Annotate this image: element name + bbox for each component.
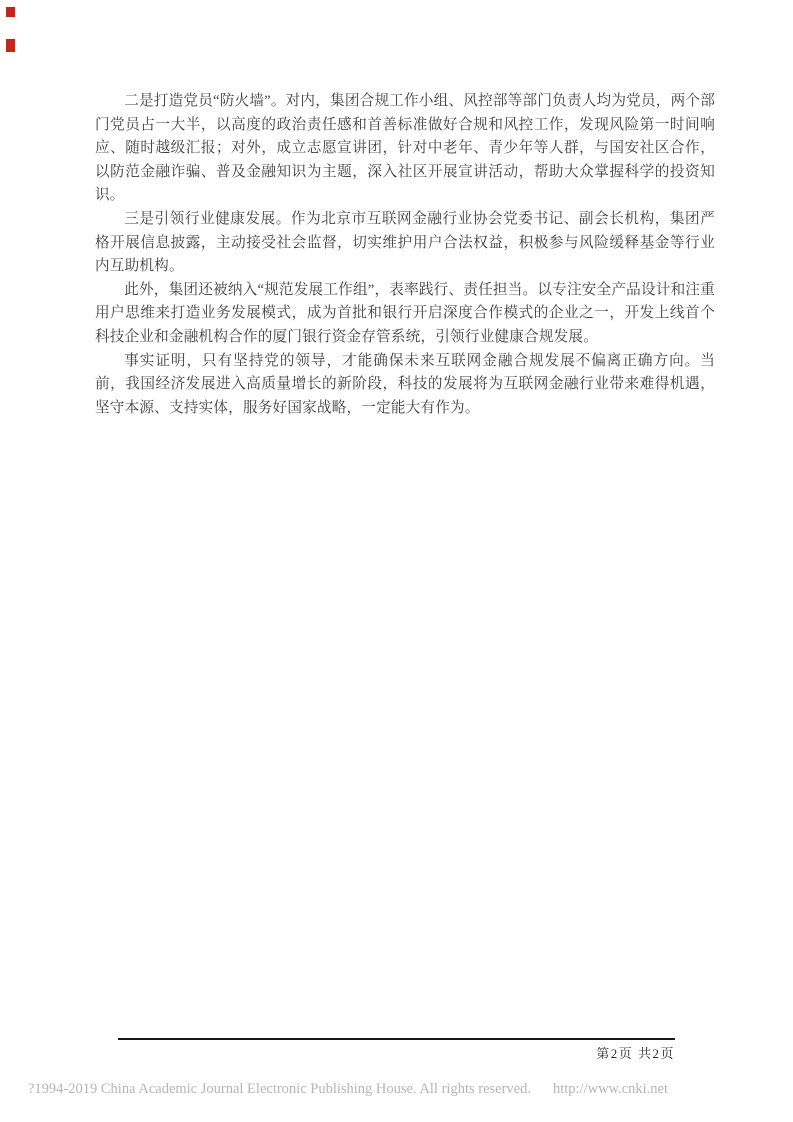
document-page: 二是打造党员“防火墙”。对内，集团合规工作小组、风控部等部门负责人均为党员，两个… xyxy=(0,0,793,1122)
red-artifact-mark-bottom xyxy=(6,39,15,52)
cnki-url-text: http://www.cnki.net xyxy=(553,1081,668,1097)
footer-divider-line xyxy=(118,1038,675,1040)
paragraph-1: 二是打造党员“防火墙”。对内，集团合规工作小组、风控部等部门负责人均为党员，两个… xyxy=(95,90,715,208)
copyright-notice: ?1994-2019 China Academic Journal Electr… xyxy=(28,1081,668,1098)
page-number: 第2页 共2页 xyxy=(118,1043,675,1062)
paragraph-2: 三是引领行业健康发展。作为北京市互联网金融行业协会党委书记、副会长机构，集团严格… xyxy=(95,208,715,279)
red-artifact-mark-top xyxy=(6,7,15,17)
paragraph-4: 事实证明，只有坚持党的领导，才能确保未来互联网金融合规发展不偏离正确方向。当前，… xyxy=(95,350,715,421)
paragraph-3: 此外，集团还被纳入“规范发展工作组”，表率践行、责任担当。以专注安全产品设计和注… xyxy=(95,279,715,350)
copyright-text: ?1994-2019 China Academic Journal Electr… xyxy=(28,1081,531,1097)
article-body: 二是打造党员“防火墙”。对内，集团合规工作小组、风控部等部门负责人均为党员，两个… xyxy=(95,90,715,420)
